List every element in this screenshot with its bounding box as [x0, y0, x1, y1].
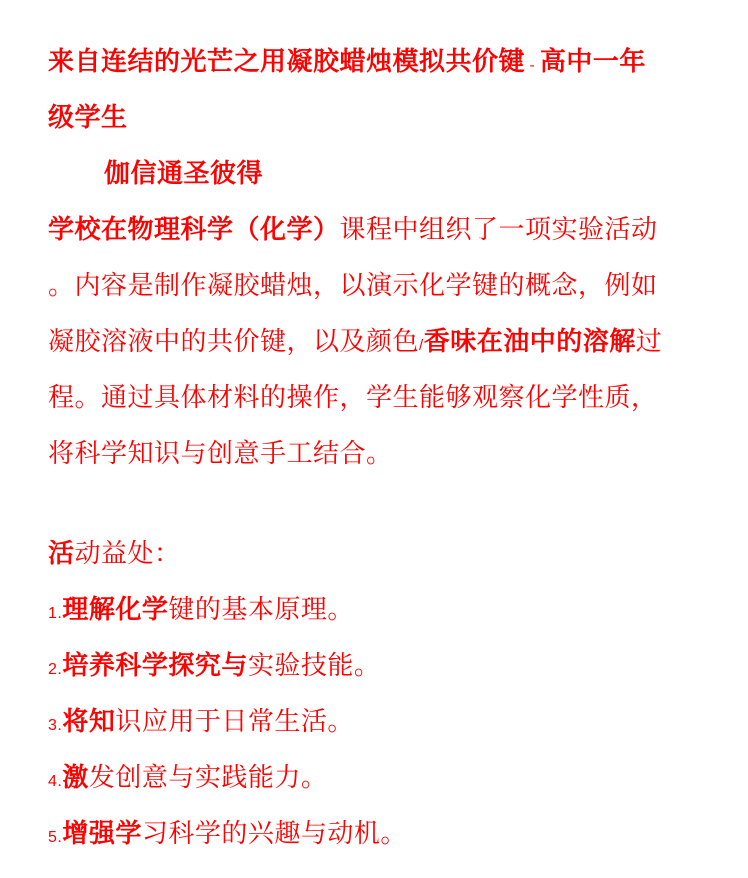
title-dash: -: [525, 57, 540, 74]
heading-text: 动益处：: [75, 539, 181, 569]
benefits-heading: 活动益处：: [48, 526, 708, 582]
list-number: 4.: [48, 773, 62, 790]
item-bold: 培养科学探究与: [62, 651, 248, 681]
item-text: 键的基本原理。: [168, 595, 354, 625]
item-text: 实验技能。: [248, 651, 381, 681]
body-text: 将科学知识与创意手工结合。: [48, 439, 393, 469]
body-line-2: 。内容是制作凝胶蜡烛，以演示化学键的概念，例如: [48, 258, 708, 314]
title-line-1: 来自连结的光芒之用凝胶蜡烛模拟共价键 - 高中一年: [48, 34, 708, 90]
list-number: 1.: [48, 605, 62, 622]
body-text-bold: 香味在油中的溶解: [424, 327, 636, 357]
item-bold: 激: [62, 763, 89, 793]
spacer: [48, 482, 708, 526]
list-number: 2.: [48, 661, 62, 678]
title-text: 来自连结的光芒之用凝胶蜡烛模拟共价键: [48, 47, 525, 77]
item-bold: 将知: [62, 707, 115, 737]
item-text: 发创意与实践能力。: [89, 763, 328, 793]
benefit-item-2: 2.培养科学探究与实验技能。: [48, 638, 708, 694]
body-text: 凝胶溶液中的共价键，以及颜色: [48, 327, 419, 357]
body-text-bold: 学校在物理科学（化学）: [48, 215, 340, 245]
body-line-3: 凝胶溶液中的共价键，以及颜色/香味在油中的溶解过: [48, 314, 708, 370]
benefit-item-3: 3.将知识应用于日常生活。: [48, 694, 708, 750]
benefit-item-5: 5.增强学习科学的兴趣与动机。: [48, 806, 708, 862]
list-number: 3.: [48, 717, 62, 734]
item-text: 识应用于日常生活。: [115, 707, 354, 737]
body-text: 课程中组织了一项实验活动: [340, 215, 658, 245]
item-bold: 增强学: [62, 819, 142, 849]
body-line-5: 将科学知识与创意手工结合。: [48, 426, 708, 482]
title-line-2: 级学生: [48, 90, 708, 146]
heading-bold: 活: [48, 539, 75, 569]
benefit-item-4: 4.激发创意与实践能力。: [48, 750, 708, 806]
author-name: 伽信通圣彼得: [104, 159, 263, 189]
body-text: 。内容是制作凝胶蜡烛，以演示化学键的概念，例如: [48, 271, 658, 301]
body-text: 过: [636, 327, 663, 357]
item-bold: 理解化学: [62, 595, 168, 625]
author: 伽信通圣彼得: [48, 146, 708, 202]
item-text: 习科学的兴趣与动机。: [142, 819, 407, 849]
document: 来自连结的光芒之用凝胶蜡烛模拟共价键 - 高中一年 级学生 伽信通圣彼得 学校在…: [48, 34, 708, 862]
body-text: 程。通过具体材料的操作，学生能够观察化学性质，: [48, 383, 658, 413]
body-line-4: 程。通过具体材料的操作，学生能够观察化学性质，: [48, 370, 708, 426]
title-text-end: 级学生: [48, 103, 128, 133]
benefit-item-1: 1.理解化学键的基本原理。: [48, 582, 708, 638]
body-line-1: 学校在物理科学（化学）课程中组织了一项实验活动: [48, 202, 708, 258]
title-text-cont: 高中一年: [540, 47, 646, 77]
list-number: 5.: [48, 829, 62, 846]
